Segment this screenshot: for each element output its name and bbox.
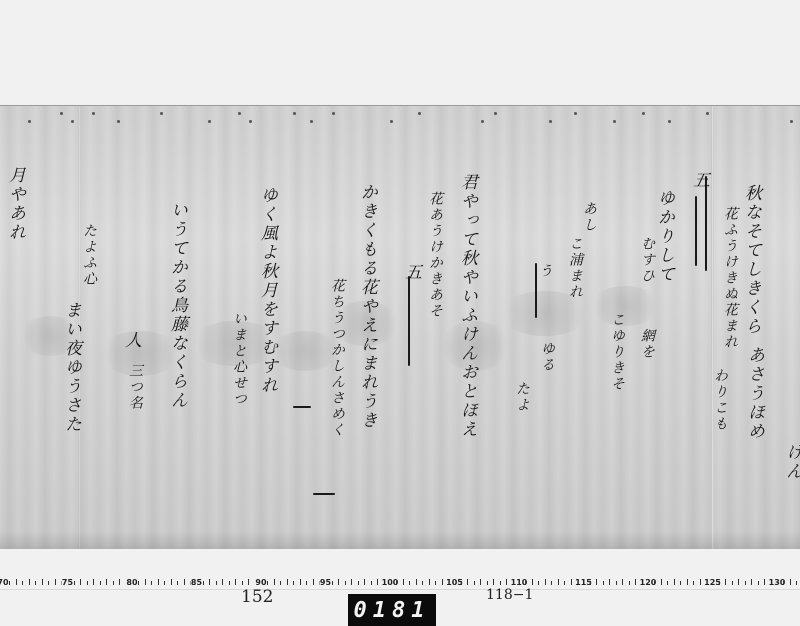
worm-hole — [92, 112, 95, 115]
text-column: いうてかる鳥藤なくらん — [168, 201, 185, 410]
cloud-pattern — [590, 286, 660, 326]
ruler-tick — [332, 581, 333, 585]
ink-stroke — [293, 406, 311, 408]
ruler-tick — [106, 579, 107, 585]
frame-counter-value: 0181 — [354, 598, 431, 623]
worm-hole — [117, 120, 120, 123]
ruler-tick — [442, 579, 443, 585]
ruler-tick — [48, 581, 49, 585]
text-column: かきくもる花やえにまれうき — [358, 183, 375, 430]
ruler-tick — [635, 579, 636, 585]
ruler-tick — [306, 581, 307, 585]
ruler-tick — [538, 581, 539, 585]
ruler-tick — [158, 579, 159, 585]
ruler-tick — [403, 579, 404, 585]
ruler-tick — [532, 579, 533, 585]
worm-hole — [418, 112, 421, 115]
catalog-number: 118−1 — [486, 587, 533, 603]
ruler-tick — [616, 581, 617, 585]
ruler-tick — [280, 581, 281, 585]
worm-hole — [238, 112, 241, 115]
page-number: 152 — [241, 587, 273, 607]
ruler-tick — [667, 581, 668, 585]
ruler-tick — [487, 581, 488, 585]
ruler-tick — [164, 581, 165, 585]
ruler-tick — [377, 579, 378, 585]
ruler-tick — [209, 579, 210, 585]
paper-shadow — [0, 531, 800, 549]
ruler-tick — [525, 581, 526, 585]
ruler-label: 70 — [0, 578, 10, 587]
text-column: 網を — [640, 328, 654, 360]
worm-hole — [574, 112, 577, 115]
ruler-tick — [293, 581, 294, 585]
ruler-tick — [171, 579, 172, 585]
worm-hole — [71, 120, 74, 123]
text-column: 五 — [402, 263, 419, 282]
ruler-tick — [738, 579, 739, 585]
text-column: たよ — [515, 381, 529, 413]
ruler-tick — [751, 579, 752, 585]
ruler-tick — [177, 581, 178, 585]
text-column: こゆりきそ — [610, 312, 624, 392]
ruler-tick — [429, 579, 430, 585]
ruler-tick — [590, 581, 591, 585]
ruler-tick — [119, 579, 120, 585]
ruler-tick — [629, 581, 630, 585]
ruler-tick — [287, 579, 288, 585]
ruler-tick — [558, 579, 559, 585]
text-column: 君やって秋やいふけんおとほえ — [458, 173, 475, 439]
ruler-label: 95 — [319, 578, 332, 587]
text-column: う — [538, 263, 552, 279]
ruler-tick — [351, 579, 352, 585]
worm-hole — [390, 120, 393, 123]
worm-hole — [28, 120, 31, 123]
ruler-tick — [609, 579, 610, 585]
text-column: 花ふうけきぬ花まれ — [723, 206, 737, 350]
ruler-tick — [758, 581, 759, 585]
ruler-tick — [267, 581, 268, 585]
worm-hole — [60, 112, 63, 115]
ruler-tick — [725, 579, 726, 585]
ruler-tick — [764, 579, 765, 585]
worm-hole — [208, 120, 211, 123]
text-column: 三つ名 — [128, 363, 142, 411]
ruler-tick — [622, 579, 623, 585]
ruler-tick — [461, 581, 462, 585]
worm-hole — [706, 112, 709, 115]
ruler-tick — [545, 579, 546, 585]
text-column: ゆく風よ秋月をすむすれ — [258, 186, 275, 395]
ruler-tick — [216, 581, 217, 585]
ruler-tick — [790, 579, 791, 585]
ruler-tick — [474, 581, 475, 585]
worm-hole — [160, 112, 163, 115]
worm-hole — [332, 112, 335, 115]
ink-stroke — [705, 176, 707, 271]
text-column: たよふ心 — [82, 223, 96, 287]
text-column: 月やあれ — [6, 166, 23, 242]
ruler-tick — [80, 579, 81, 585]
text-column: 花あうけかきあそ — [428, 191, 442, 319]
ruler-tick — [358, 581, 359, 585]
ruler-tick — [345, 581, 346, 585]
ruler-tick — [493, 579, 494, 585]
ruler-tick — [396, 581, 397, 585]
ruler-tick — [9, 581, 10, 585]
ink-stroke — [535, 263, 537, 318]
ruler-tick — [300, 579, 301, 585]
worm-hole — [549, 120, 552, 123]
ruler-tick — [338, 579, 339, 585]
ruler-tick — [480, 579, 481, 585]
frame-counter: 0181 — [348, 594, 436, 626]
text-column: まい夜ゆうさた — [62, 301, 79, 434]
ruler-tick — [654, 581, 655, 585]
ruler-tick — [138, 581, 139, 585]
ruler-tick — [506, 579, 507, 585]
ruler-tick — [364, 579, 365, 585]
text-column: ゆる — [540, 341, 554, 373]
worm-hole — [790, 120, 793, 123]
ruler-tick — [242, 581, 243, 585]
ruler-tick — [55, 579, 56, 585]
ruler-tick — [222, 579, 223, 585]
ruler-tick — [93, 579, 94, 585]
ruler-tick — [100, 581, 101, 585]
ink-stroke — [695, 196, 697, 266]
worm-hole — [642, 112, 645, 115]
ruler-tick — [235, 579, 236, 585]
text-column: 花ちうつかしんさめく — [330, 278, 344, 438]
text-column: けん — [783, 443, 800, 481]
ruler-tick — [435, 581, 436, 585]
measurement-ruler: 707580859095100105110115120125130 — [0, 572, 800, 592]
ruler-tick — [87, 581, 88, 585]
text-column: あし — [582, 201, 596, 233]
text-column: あさうほめ — [745, 346, 762, 441]
text-column: こ浦まれ — [568, 236, 582, 300]
ruler-tick — [409, 581, 410, 585]
ruler-tick — [29, 579, 30, 585]
ruler-tick — [184, 579, 185, 585]
ruler-tick — [113, 581, 114, 585]
ruler-tick — [796, 581, 797, 585]
ruler-tick — [467, 579, 468, 585]
worm-hole — [494, 112, 497, 115]
ruler-tick — [551, 581, 552, 585]
ink-stroke — [313, 493, 335, 495]
ruler-tick — [371, 581, 372, 585]
worm-hole — [613, 120, 616, 123]
sheet-join-seam — [711, 106, 714, 549]
ruler-label: 80 — [125, 578, 138, 587]
ruler-tick — [674, 579, 675, 585]
ruler-tick — [745, 581, 746, 585]
ruler-tick — [16, 579, 17, 585]
text-column: わりこも — [713, 368, 727, 432]
worm-hole — [249, 120, 252, 123]
text-column: 秋なそてしきくら — [742, 184, 759, 336]
ruler-baseline — [0, 589, 800, 590]
ruler-tick — [151, 581, 152, 585]
ruler-tick — [680, 581, 681, 585]
ruler-tick — [719, 581, 720, 585]
ruler-tick — [229, 581, 230, 585]
ruler-tick — [661, 579, 662, 585]
ruler-tick — [596, 579, 597, 585]
text-column: いまと心せつ — [232, 311, 246, 407]
ruler-tick — [500, 581, 501, 585]
scroll-paper: 秋なそてしきくらあさうほめ花ふうけきぬ花まれわりこもけん五ゆかりしてむすひ網をこ… — [0, 105, 800, 549]
worm-hole — [481, 120, 484, 123]
ruler-tick — [564, 581, 565, 585]
worm-hole — [668, 120, 671, 123]
ruler-tick — [145, 579, 146, 585]
ruler-tick — [274, 579, 275, 585]
ruler-tick — [313, 579, 314, 585]
ruler-tick — [35, 581, 36, 585]
text-column: ゆかりして — [655, 189, 672, 284]
ink-stroke — [408, 276, 410, 366]
ruler-tick — [687, 579, 688, 585]
text-column: むすひ — [640, 236, 654, 284]
text-column: 人 — [122, 331, 139, 350]
ruler-tick — [571, 579, 572, 585]
ruler-tick — [700, 579, 701, 585]
ruler-tick — [732, 581, 733, 585]
ruler-tick — [693, 581, 694, 585]
ruler-label: 90 — [254, 578, 267, 587]
ruler-tick — [783, 581, 784, 585]
ruler-label: 85 — [190, 578, 203, 587]
ruler-tick — [248, 579, 249, 585]
worm-hole — [310, 120, 313, 123]
worm-hole — [293, 112, 296, 115]
ruler-tick — [203, 581, 204, 585]
ruler-tick — [603, 581, 604, 585]
ruler-tick — [416, 579, 417, 585]
ruler-tick — [74, 581, 75, 585]
ruler-tick — [22, 581, 23, 585]
ruler-label: 75 — [61, 578, 74, 587]
ruler-tick — [422, 581, 423, 585]
ruler-tick — [42, 579, 43, 585]
